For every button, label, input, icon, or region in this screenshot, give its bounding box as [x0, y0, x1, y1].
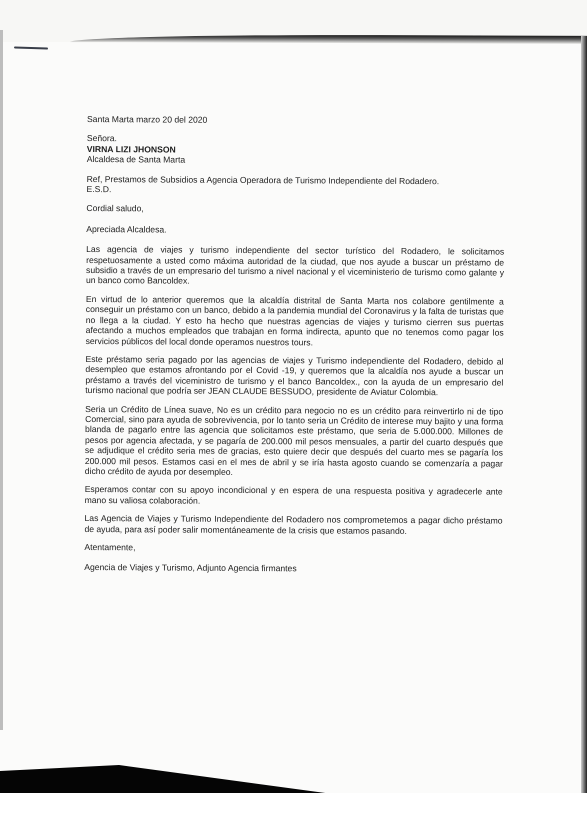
reference-esd: E.S.D. — [87, 184, 505, 197]
opening: Apreciada Alcaldesa. — [86, 224, 504, 237]
paragraph-repayment: Este préstamo seria pagado por las agenc… — [85, 354, 503, 398]
left-edge-shadow — [0, 30, 3, 730]
letter-body: Santa Marta marzo 20 del 2020 Señora. VI… — [84, 114, 505, 583]
closing: Atentamente, — [84, 542, 502, 555]
greeting: Cordial saludo, — [86, 203, 504, 216]
paragraph-hope: Esperamos contar con su apoyo incondicio… — [85, 484, 503, 507]
paragraph-commitment: Las Agencia de Viajes y Turismo Independ… — [84, 513, 502, 536]
paragraph-context: En virtud de lo anterior queremos que la… — [86, 294, 504, 349]
paragraph-credit-terms: Seria un Crédito de Línea suave, No es u… — [85, 404, 503, 479]
signature: Agencia de Viajes y Turismo, Adjunto Age… — [84, 562, 502, 575]
letter-date: Santa Marta marzo 20 del 2020 — [87, 114, 505, 127]
scanned-photo: Santa Marta marzo 20 del 2020 Señora. VI… — [0, 0, 587, 793]
right-edge-shadow — [581, 36, 587, 793]
recipient-title: Alcaldesa de Santa Marta — [87, 154, 505, 167]
paragraph-request: Las agencia de viajes y turismo independ… — [86, 244, 504, 288]
reference-block: Ref, Prestamos de Subsidios a Agencia Op… — [87, 174, 505, 197]
recipient-block: Señora. VIRNA LIZI JHONSON Alcaldesa de … — [87, 133, 505, 167]
